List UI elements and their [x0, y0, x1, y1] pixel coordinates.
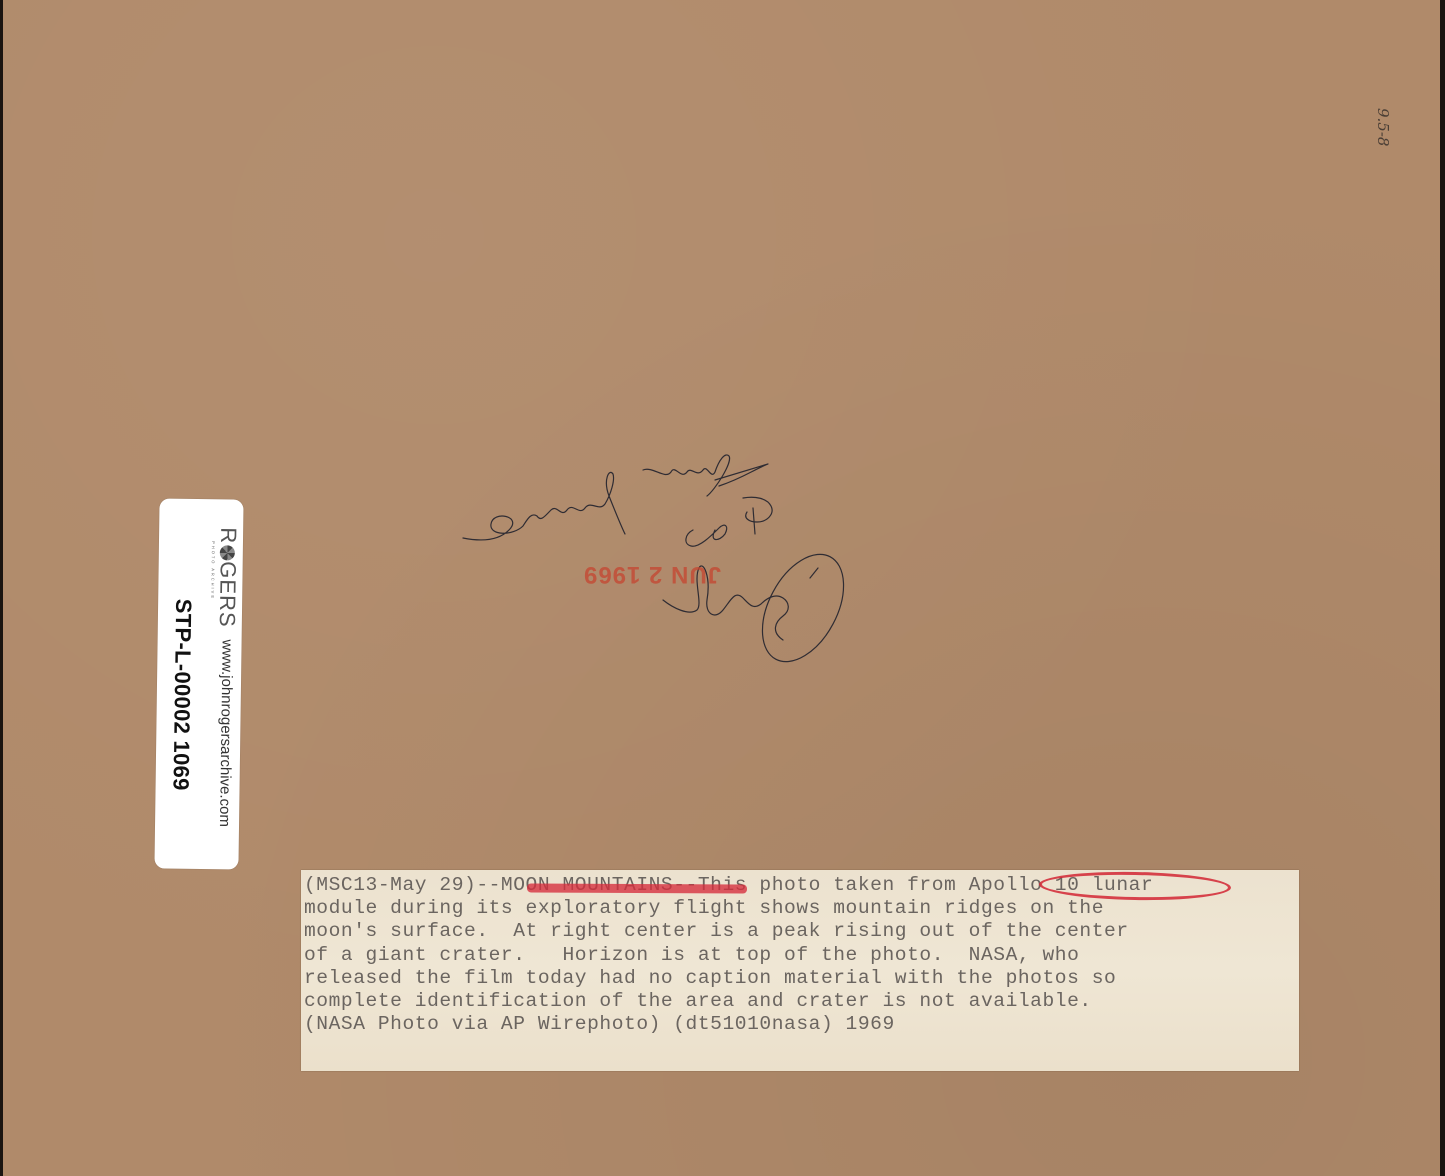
caption-line: complete identification of the area and … [304, 990, 1092, 1012]
caption-line: released the film today had no caption m… [304, 967, 1116, 989]
caption-clipping: (MSC13-May 29)--MOON MOUNTAINS--This pho… [301, 870, 1299, 1071]
photo-back-page: 9.5-8 JUN 2 1969 RGERS PHOTO ARCHIVE [3, 0, 1440, 1176]
logo-text-left: R [216, 527, 241, 544]
red-strikethrough-mark [527, 883, 747, 893]
caption-line: of a giant crater. Horizon is at top of … [304, 944, 1079, 966]
logo-subtitle: PHOTO ARCHIVE [210, 541, 216, 600]
logo-text-right: GERS [215, 561, 241, 628]
edge-pencil-note: 9.5-8 [1374, 108, 1392, 146]
camera-aperture-icon [220, 545, 235, 560]
caption-text: (MSC13-May 29)--MOON MOUNTAINS--This pho… [304, 874, 1153, 1036]
rogers-logo: RGERS [216, 527, 239, 628]
archive-url: www.johnrogersarchive.com [216, 639, 236, 827]
archive-sticker: RGERS PHOTO ARCHIVE www.johnrogersarchiv… [154, 498, 243, 869]
caption-line: moon's surface. At right center is a pea… [304, 920, 1129, 942]
caption-line: (NASA Photo via AP Wirephoto) (dt51010na… [304, 1013, 895, 1035]
archive-id: STP-L-00002 1069 [168, 599, 197, 791]
date-stamp: JUN 2 1969 [583, 560, 721, 588]
archive-sticker-content: RGERS PHOTO ARCHIVE www.johnrogersarchiv… [154, 498, 243, 869]
caption-line: module during its exploratory flight sho… [304, 897, 1104, 919]
